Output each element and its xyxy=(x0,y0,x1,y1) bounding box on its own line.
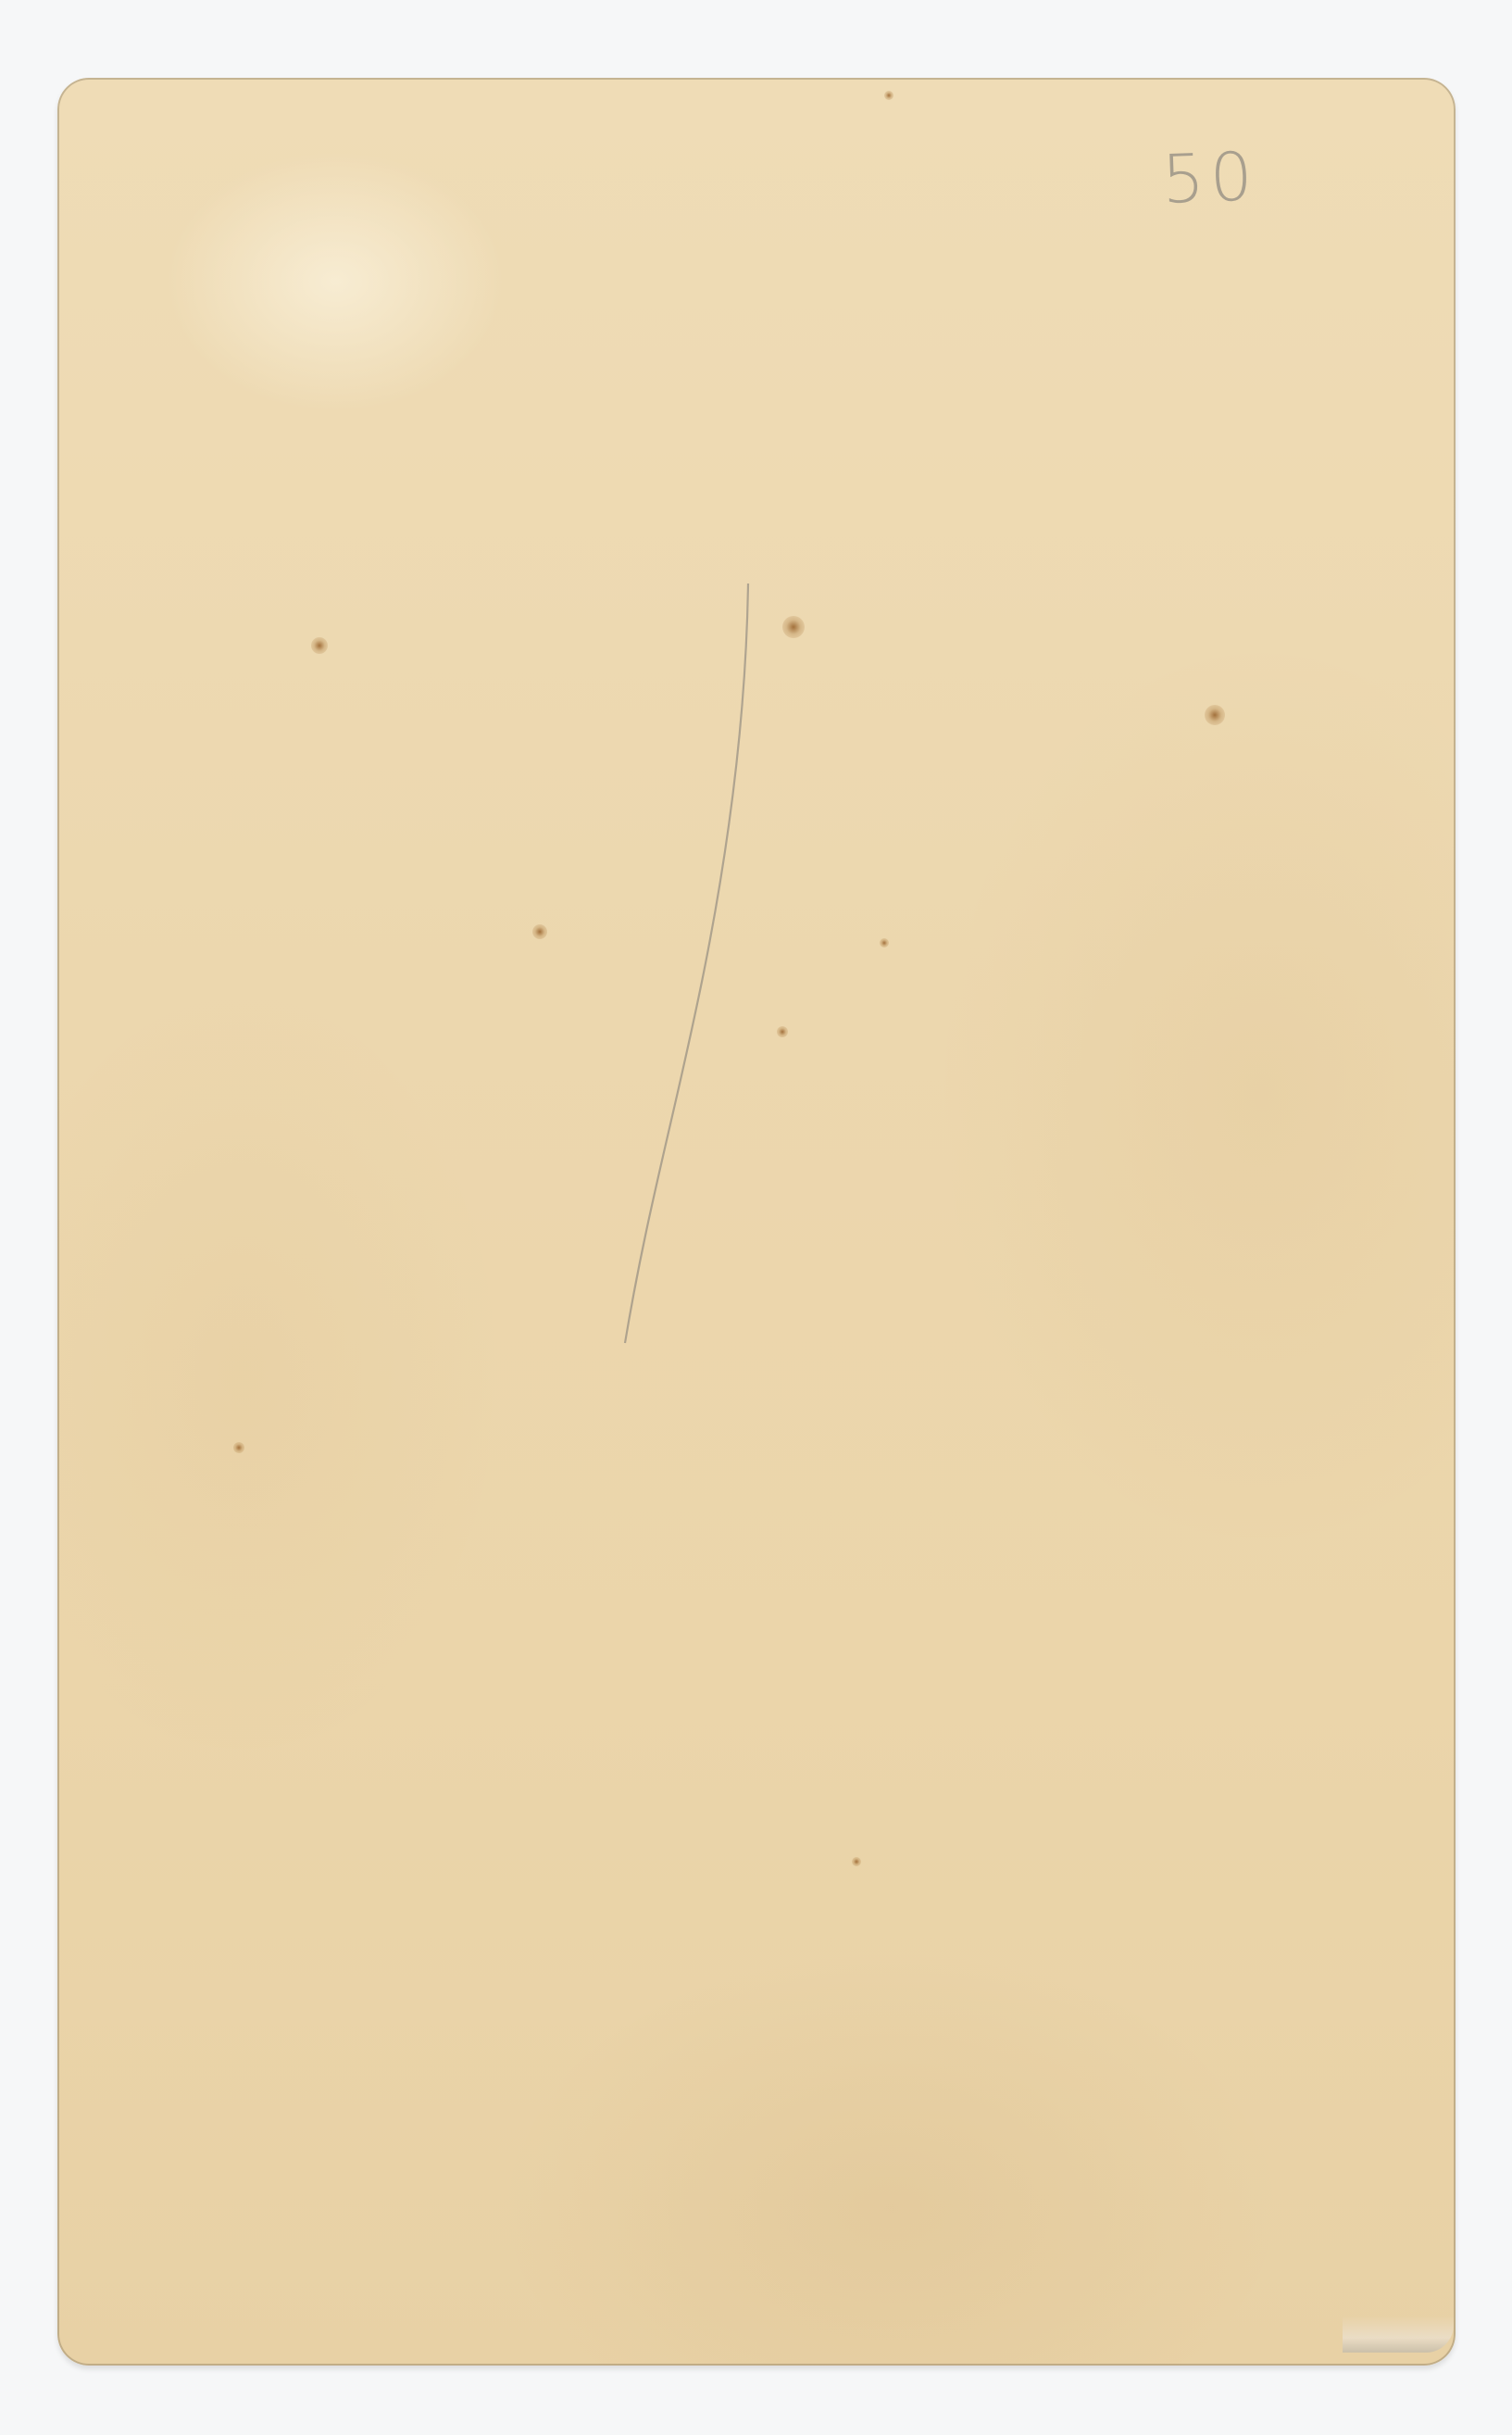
photo-card-back xyxy=(57,78,1456,2366)
foxing-spot xyxy=(311,637,328,654)
scan-background: 50 xyxy=(0,0,1512,2435)
foxing-spot xyxy=(782,616,805,638)
foxing-spot xyxy=(532,924,547,939)
foxing-spot xyxy=(233,1442,244,1453)
foxing-spot xyxy=(1205,705,1225,725)
foxing-spot xyxy=(777,1026,788,1037)
foxing-spot xyxy=(884,91,893,100)
corner-wear xyxy=(1343,2316,1454,2353)
foxing-spot xyxy=(852,1857,861,1866)
handwritten-pencil-number: 50 xyxy=(1161,137,1259,219)
foxing-spot xyxy=(880,938,889,948)
